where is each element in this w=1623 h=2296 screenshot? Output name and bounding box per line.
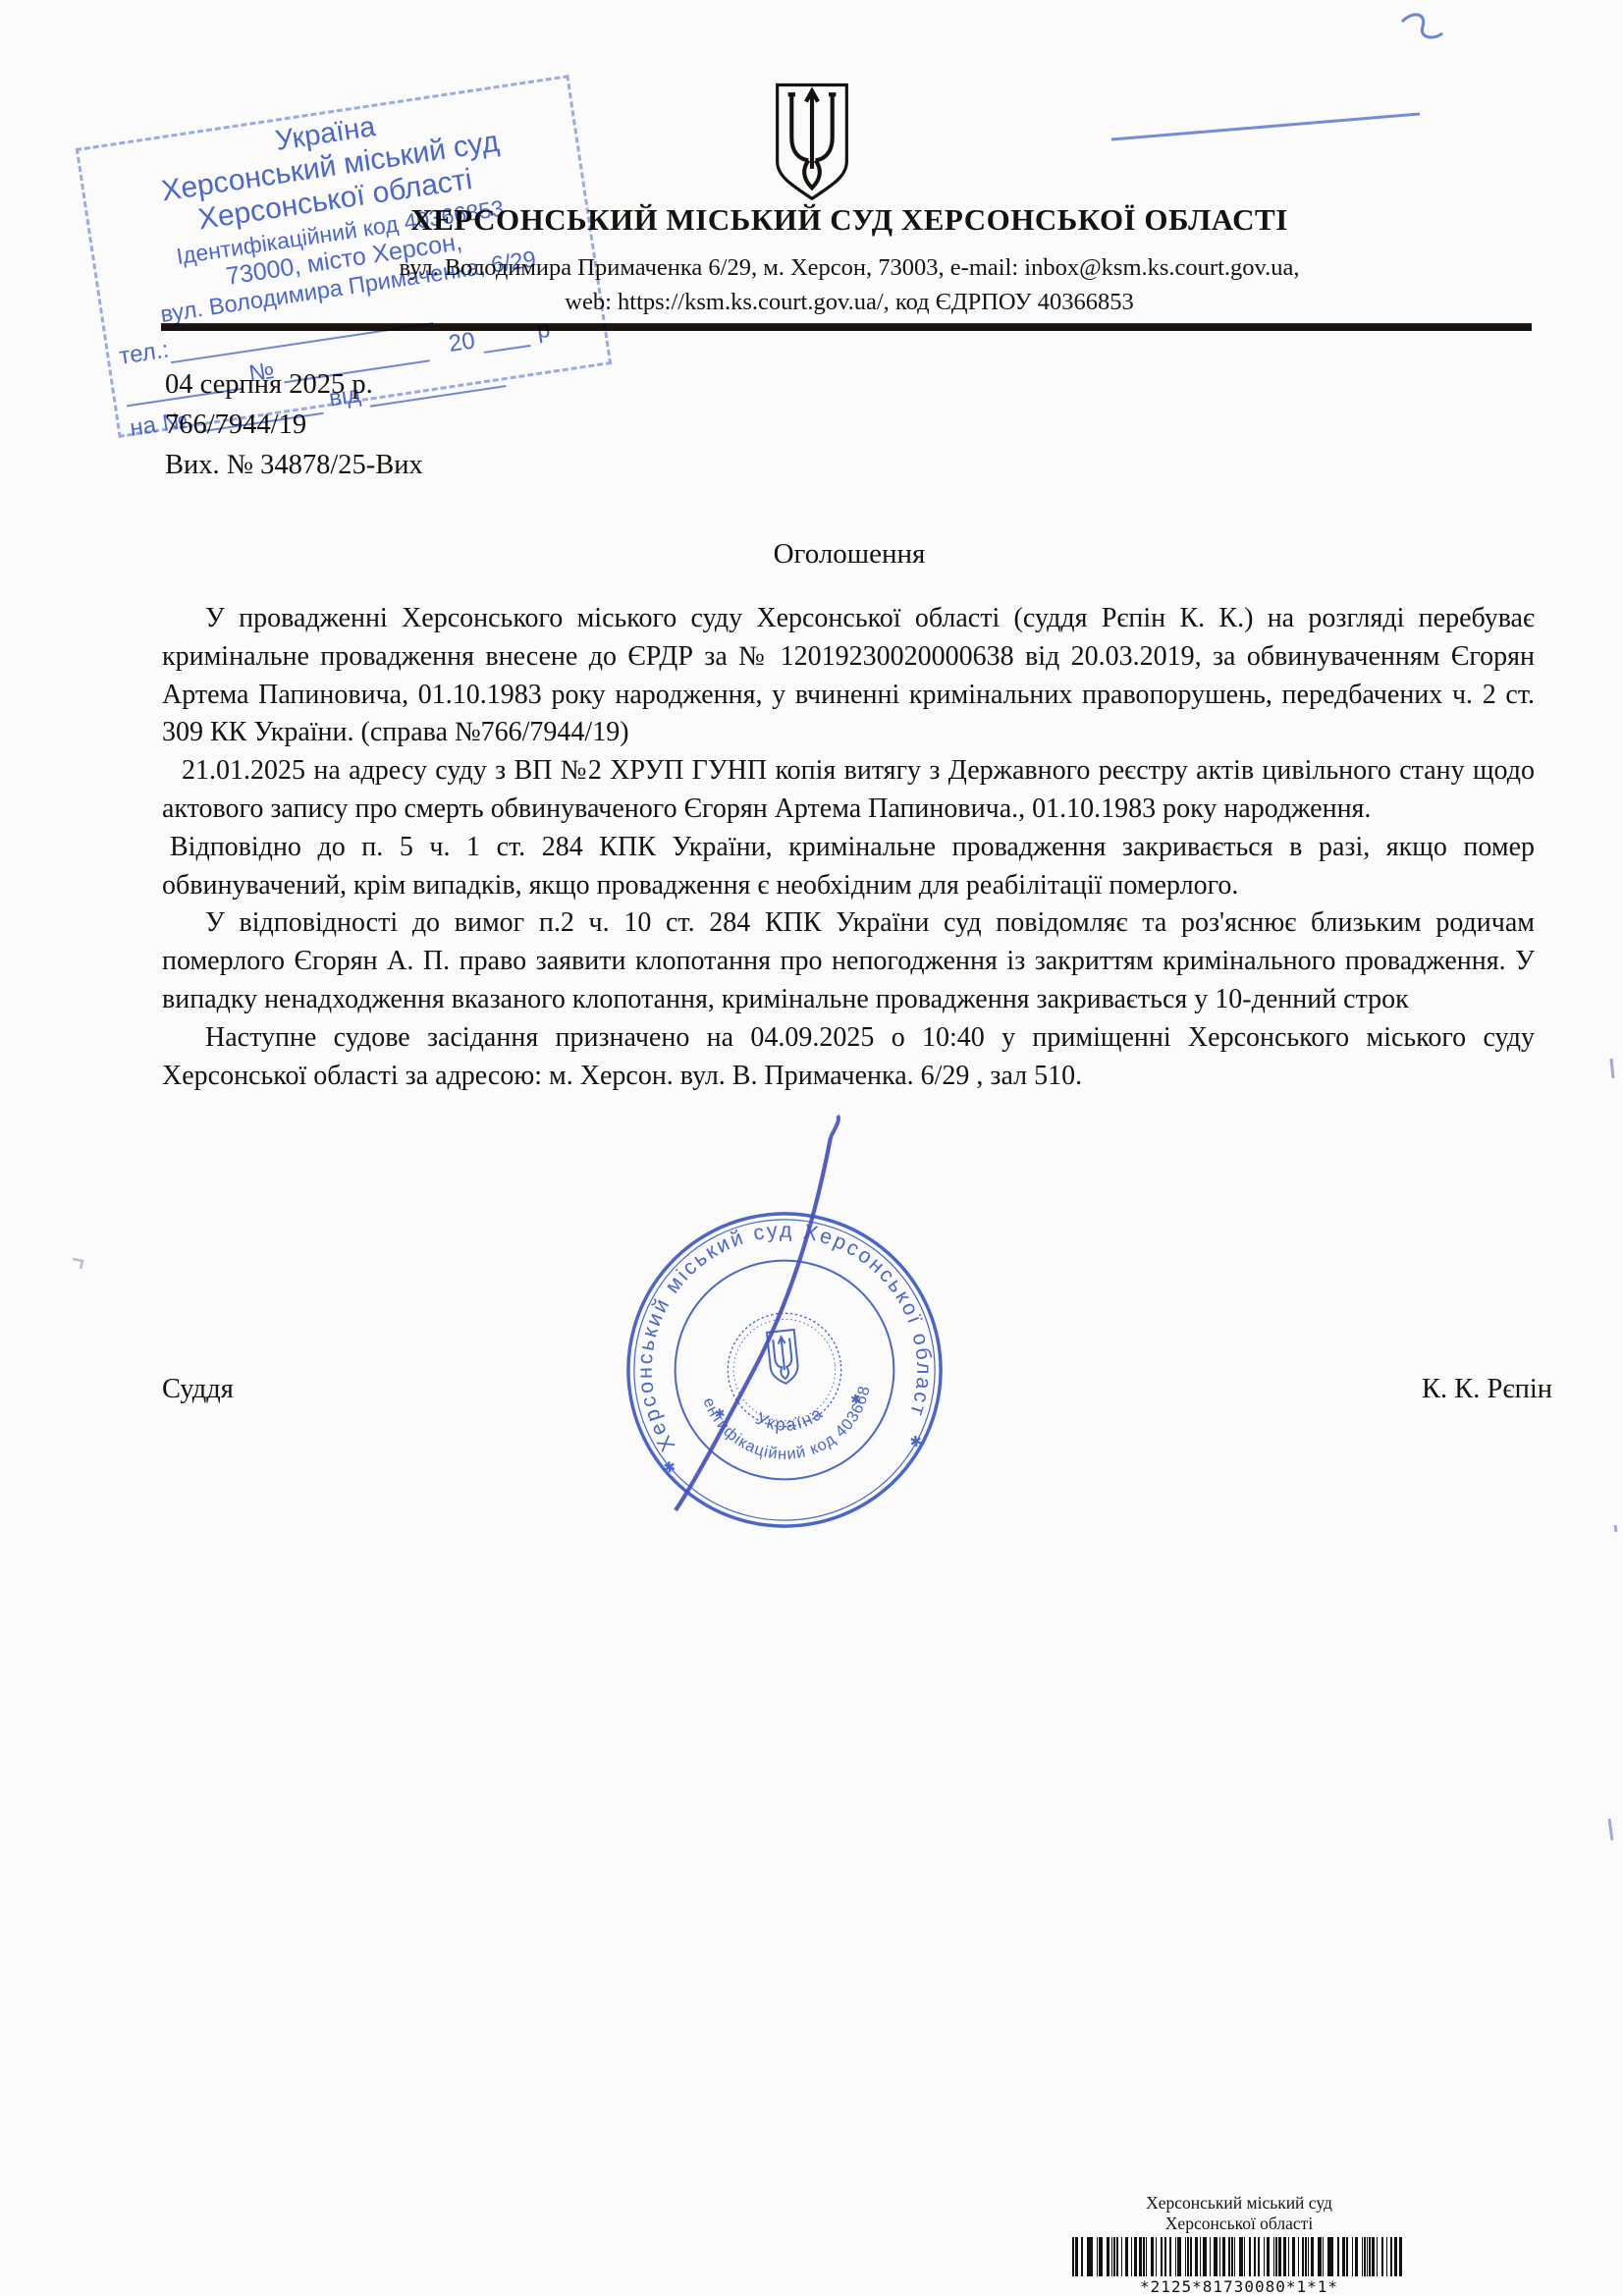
paragraph: У провадженні Херсонського міського суду…	[162, 600, 1535, 752]
star-icon: ✱	[849, 1392, 862, 1407]
outgoing-number: Вих. № 34878/25-Вих	[165, 445, 423, 485]
star-icon: ✱	[909, 1434, 923, 1450]
number-label: №	[247, 357, 277, 388]
tel-label: тел.:	[118, 337, 171, 371]
document-title: Оголошення	[162, 538, 1537, 571]
document-body: У провадженні Херсонського міського суду…	[162, 600, 1535, 1095]
blank-line	[481, 320, 531, 354]
barcode-caption-court: Херсонський міський суд	[1058, 2193, 1420, 2214]
judge-label: Суддя	[162, 1374, 234, 1405]
ukraine-trident-icon	[774, 81, 850, 204]
edge-scan-marks	[73, 1259, 82, 1269]
year-prefix: 20	[447, 327, 477, 358]
paragraph: У відповідності до вимог п.2 ч. 10 ст. 2…	[162, 904, 1535, 1018]
seal-trident-icon	[767, 1330, 799, 1385]
paragraph: 21.01.2025 на адресу суду з ВП №2 ХРУП Г…	[162, 752, 1535, 829]
corner-ink-squiggle	[1402, 15, 1442, 37]
barcode-caption-region: Херсонської області	[1058, 2214, 1420, 2234]
paragraph: Наступне судове засідання призначено на …	[162, 1019, 1535, 1096]
star-icon: ✱	[714, 1405, 727, 1421]
from-label: від	[327, 381, 362, 412]
edge-scan-marks	[1609, 1059, 1616, 1840]
star-icon: ✱	[663, 1460, 676, 1477]
stray-stamp-line	[1111, 114, 1420, 139]
round-court-seal: Херсонський міський суд Херсонської обла…	[602, 1187, 966, 1552]
year-suffix: р	[535, 316, 552, 346]
incoming-corner-stamp: Україна Херсонський міський суд Херсонсь…	[76, 75, 612, 438]
judge-name: К. К. Рєпін	[1422, 1374, 1552, 1405]
barcode-block: Херсонський міський суд Херсонської обла…	[1058, 2193, 1420, 2296]
pen-signature-stroke	[831, 1116, 839, 1137]
scanned-court-document: ХЕРСОНСЬКИЙ МІСЬКИЙ СУД ХЕРСОНСЬКОЇ ОБЛА…	[0, 0, 1623, 2296]
seal-country-text: Україна	[751, 1401, 829, 1438]
barcode-code-text: *2125*81730080*1*1*	[1058, 2276, 1420, 2296]
barcode-icon	[1072, 2237, 1406, 2276]
paragraph: Відповідно до п. 5 ч. 1 ст. 284 КПК Укра…	[162, 829, 1535, 905]
